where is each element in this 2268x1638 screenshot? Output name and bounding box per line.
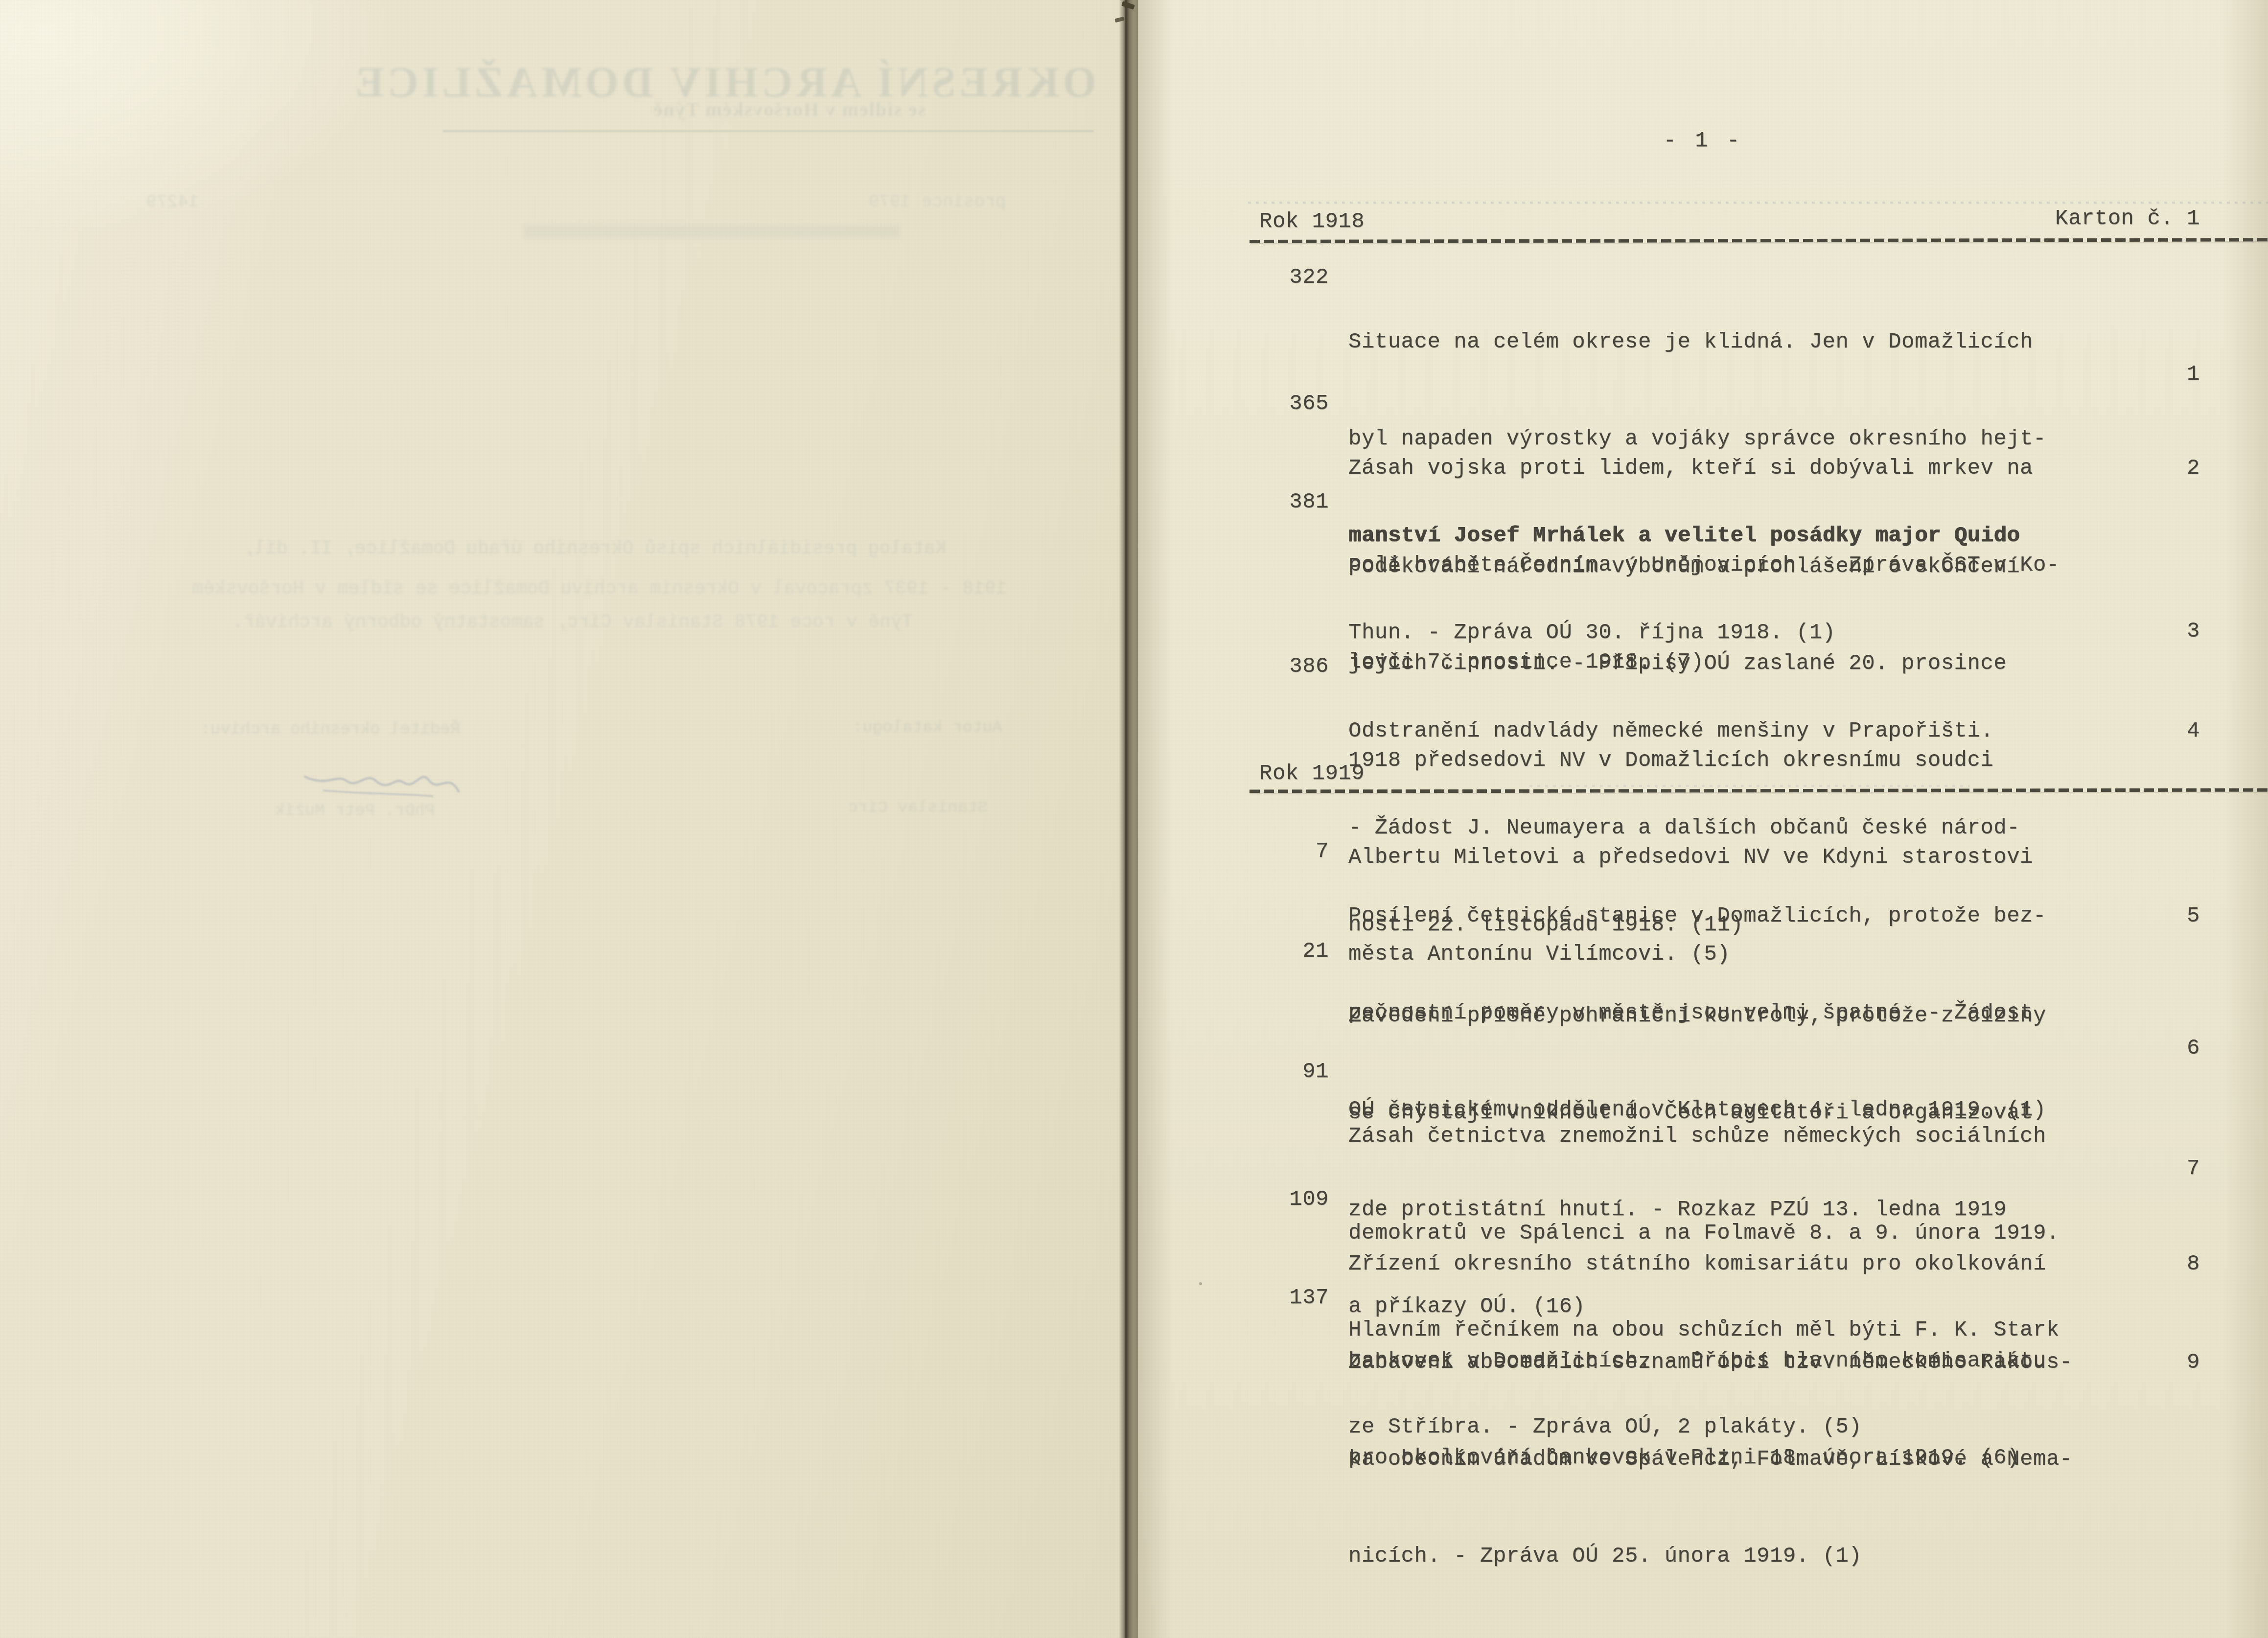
entry-number: 386 [1255,650,1329,683]
entry-page-ref: 7 [2136,1153,2200,1185]
entry-text: Zabavení abecedních seznamů obcí tzv. ně… [1348,1282,2151,1637]
book-spine [1119,0,1139,1638]
bleedthrough-name-director: PhDr. Petr Mužík [250,802,460,820]
entry-number: 109 [1255,1183,1329,1216]
page-number: - 1 - [1138,125,2268,157]
entry-number: 381 [1255,486,1329,518]
handwritten-signature-ghost [301,766,463,800]
entry-page-ref: 4 [2136,715,2200,747]
entry-line: Posílení četnické stanice v Domažlicích,… [1348,900,2151,932]
faint-dotted-line-1919 [1529,785,1970,787]
section-title-1919: Rok 1919 [1259,758,1365,790]
entry-line: Zásah vojska proti lidem, kteří si dobýv… [1348,452,2151,484]
entry-number: 91 [1255,1056,1329,1088]
book-scan: { "right_page": { "page_number": "- 1 -"… [0,0,2268,1638]
bleedthrough-strip [524,225,901,238]
entry-page-ref: 9 [2136,1346,2200,1379]
section-title-1918: Rok 1918 [1259,206,1365,238]
entry-line: Zásah četnictva znemožnil schůze německý… [1348,1120,2151,1153]
carton-label: Karton č. 1 [1931,203,2200,235]
entry-number: 322 [1255,261,1329,294]
entry-line: Zřízení okresního státního komisariátu p… [1348,1248,2151,1280]
bleedthrough-name-author: Stanislav Círc [837,799,998,817]
entry-number: 365 [1255,388,1329,420]
entry-number: 137 [1255,1282,1329,1314]
entry-line: Zavedení přísné pohraniční kontroly, pro… [1348,1000,2151,1032]
right-page: - 1 - Rok 1918 Karton č. 1 322 Situace n… [1138,0,2268,1638]
entry-line: Situace na celém okrese je klidná. Jen v… [1348,326,2151,358]
dust-speck [1199,1282,1202,1285]
bleedthrough-paragraph-line: Týně v roce 1978 Stanislav Círc, samosta… [230,612,915,633]
left-page: OKRESNÍ ARCHIV DOMAŽLICE se sídlem v Hor… [0,0,1125,1638]
bleedthrough-label-author: Autor katalogu: [822,718,1033,737]
entry-page-ref: 8 [2136,1248,2200,1280]
entry-line: nicích. - Zpráva OÚ 25. února 1919. (1) [1348,1540,2151,1572]
bleedthrough-date: prosince 1979 [827,192,1047,212]
bleedthrough-rule [443,130,1094,132]
entry-number: 7 [1255,835,1329,868]
entry-page-ref: 5 [2136,900,2200,932]
bleedthrough-inventory-number: 14279 [115,192,230,212]
entry-page-ref: 3 [2136,615,2200,647]
bleedthrough-paragraph-line: 1918 - 1937 zpracoval v Okresním archivu… [186,578,1013,600]
entry-line: Poděkování národním výborům a prohlášení… [1348,551,2151,583]
bleedthrough-subtitle: se sídlem v Horšovském Týně [614,98,964,121]
entry-line: Zabavení abecedních seznamů obcí tzv. ně… [1348,1346,2151,1379]
entry-page-ref: 1 [2136,358,2200,391]
entry-line: Odstranění nadvlády německé menšiny v Pr… [1348,715,2151,747]
section-divider-1918 [1250,238,2268,243]
bleedthrough-label-director: Ředitel okresního archivu: [220,720,460,739]
entry-page-ref: 2 [2136,452,2200,484]
entry-line: ka obecním úřadům ve Spálenci, Folmavě, … [1348,1443,2151,1476]
entry-number: 21 [1255,935,1329,968]
bleedthrough-paragraph-line: Katalog presidiálních spisů Okresního úř… [235,538,954,559]
